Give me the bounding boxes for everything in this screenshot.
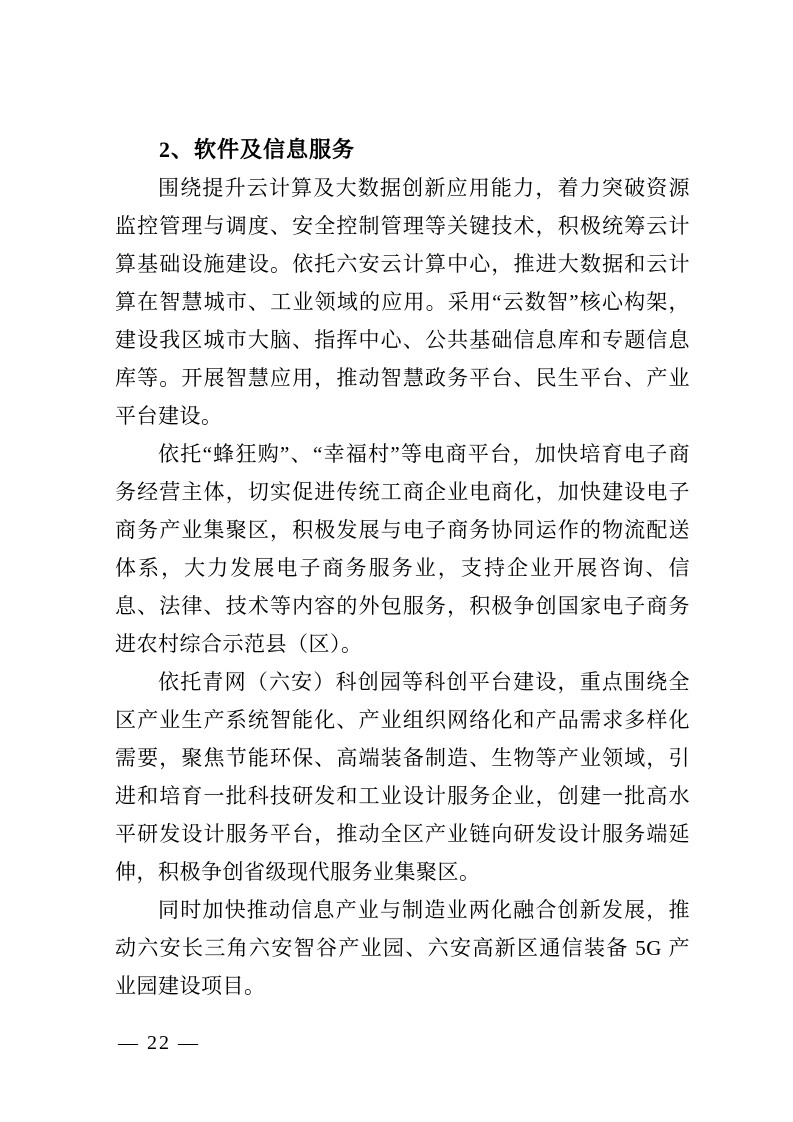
paragraph-industry-integration: 同时加快推动信息产业与制造业两化融合创新发展，推动六安长三角六安智谷产业园、六安… [115, 891, 690, 1005]
page-number: — 22 — [118, 1029, 200, 1057]
paragraph-tech-innovation: 依托青网（六安）科创园等科创平台建设，重点围绕全区产业生产系统智能化、产业组织网… [115, 663, 690, 891]
document-content: 2、软件及信息服务 围绕提升云计算及大数据创新应用能力，着力突破资源监控管理与调… [115, 131, 690, 1005]
document-page: 2、软件及信息服务 围绕提升云计算及大数据创新应用能力，着力突破资源监控管理与调… [0, 0, 793, 1122]
paragraph-cloud-computing: 围绕提升云计算及大数据创新应用能力，着力突破资源监控管理与调度、安全控制管理等关… [115, 169, 690, 435]
section-heading: 2、软件及信息服务 [115, 131, 690, 169]
paragraph-ecommerce: 依托“蜂狂购”、“幸福村”等电商平台，加快培育电子商务经营主体，切实促进传统工商… [115, 435, 690, 663]
